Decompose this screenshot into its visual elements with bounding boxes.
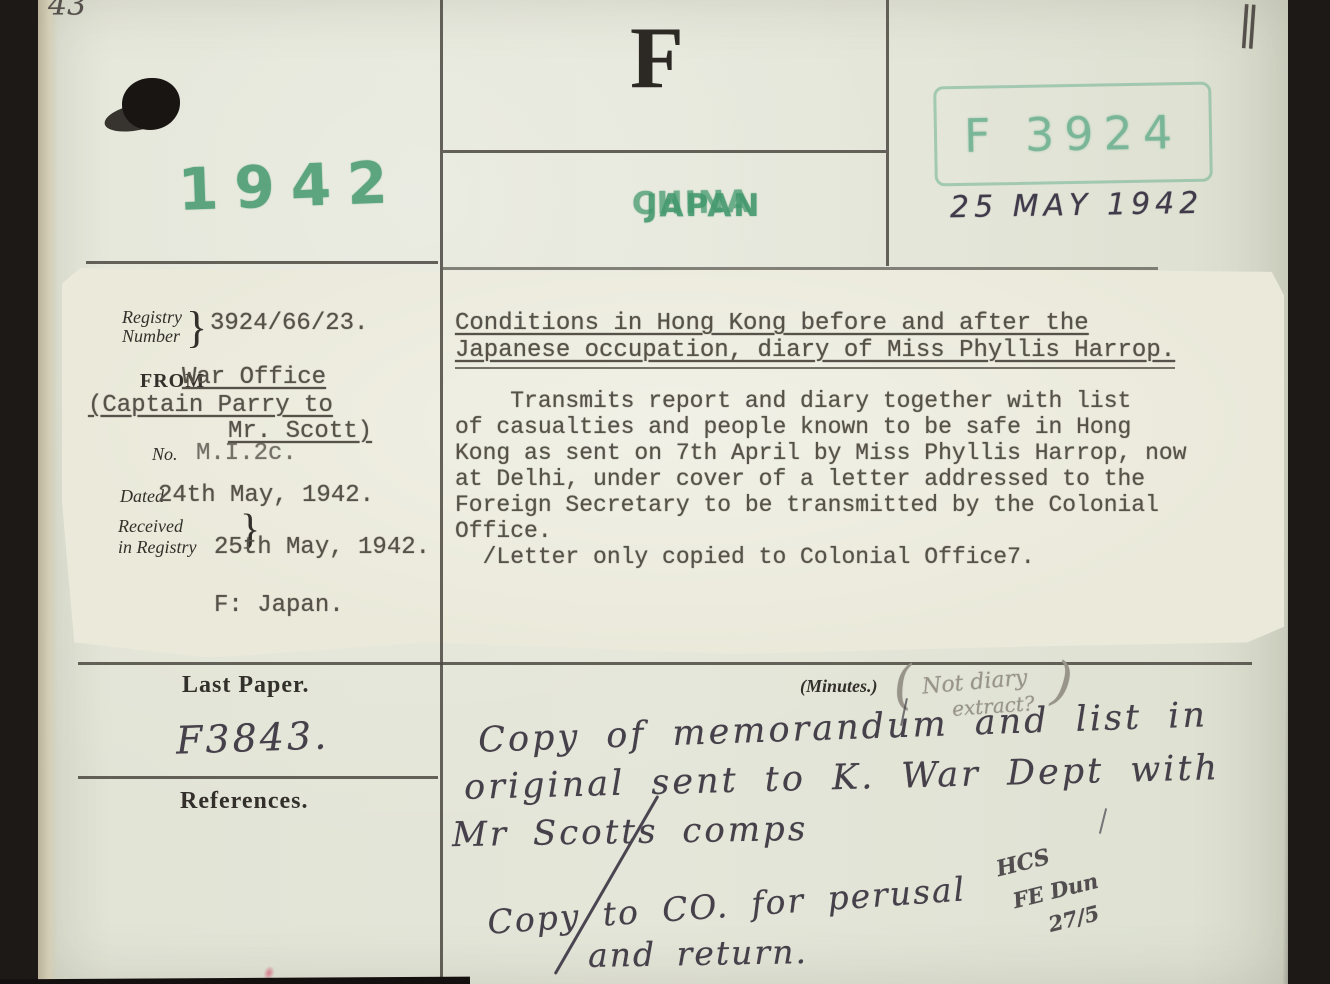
dated-value: 24th May, 1942. xyxy=(158,482,374,509)
registry-number-label: Registry Number xyxy=(122,308,182,346)
file-number-stamp: F 3924 xyxy=(963,105,1182,163)
references-label: References. xyxy=(180,788,309,815)
torn-left-paper-edge xyxy=(38,0,58,984)
no-label: No. xyxy=(152,444,178,465)
index-heading: F: Japan. xyxy=(214,592,344,619)
series-letter: F xyxy=(630,8,684,109)
registry-brace: } xyxy=(186,302,207,353)
vertical-rule-top-right xyxy=(886,0,889,266)
top-right-pencil-mark: ‖ xyxy=(1236,0,1262,50)
horizontal-rule-minutes xyxy=(78,662,1252,665)
no-value: M.I.2c. xyxy=(196,440,297,467)
year-stamp: 1942 xyxy=(177,148,405,224)
subject-title-line2: Japanese occupation, diary of Miss Phyll… xyxy=(455,337,1175,369)
minutes-label: (Minutes.) xyxy=(800,676,878,697)
minute-hand-line3: Mr Scotts comps xyxy=(452,809,809,855)
registry-number-value: 3924/66/23. xyxy=(210,310,368,337)
horizontal-rule-under-f xyxy=(443,150,886,153)
vertical-rule-main xyxy=(440,0,443,984)
minute-hand-line5: and return. xyxy=(588,932,809,975)
horizontal-rule-top-center xyxy=(443,267,1158,270)
last-paper-value: F3843. xyxy=(175,713,330,762)
subject-body: Transmits report and diary together with… xyxy=(455,388,1187,570)
country-stamp-japan: JAPAN xyxy=(646,188,761,224)
received-label: Received in Registry xyxy=(118,516,197,558)
horizontal-rule-top-left xyxy=(86,261,438,264)
page-right-edge-shadow xyxy=(1273,0,1330,984)
file-number-stamp-box: F 3924 xyxy=(933,82,1213,187)
last-paper-label: Last Paper. xyxy=(182,672,309,699)
subject-title-line1: Conditions in Hong Kong before and after… xyxy=(455,310,1089,337)
received-value: 25th May, 1942. xyxy=(214,534,430,561)
date-received-stamp: 25 MAY 1942 xyxy=(950,186,1204,225)
from-value-line1: War Office xyxy=(182,364,326,391)
corner-pencil-mark: 43 xyxy=(48,0,86,23)
horizontal-rule-references xyxy=(78,776,438,779)
document-scan: 43 ‖ 1942 F CHINA JAPAN F 3924 25 MAY 19… xyxy=(0,0,1330,984)
from-value-line2: (Captain Parry to xyxy=(88,392,333,419)
